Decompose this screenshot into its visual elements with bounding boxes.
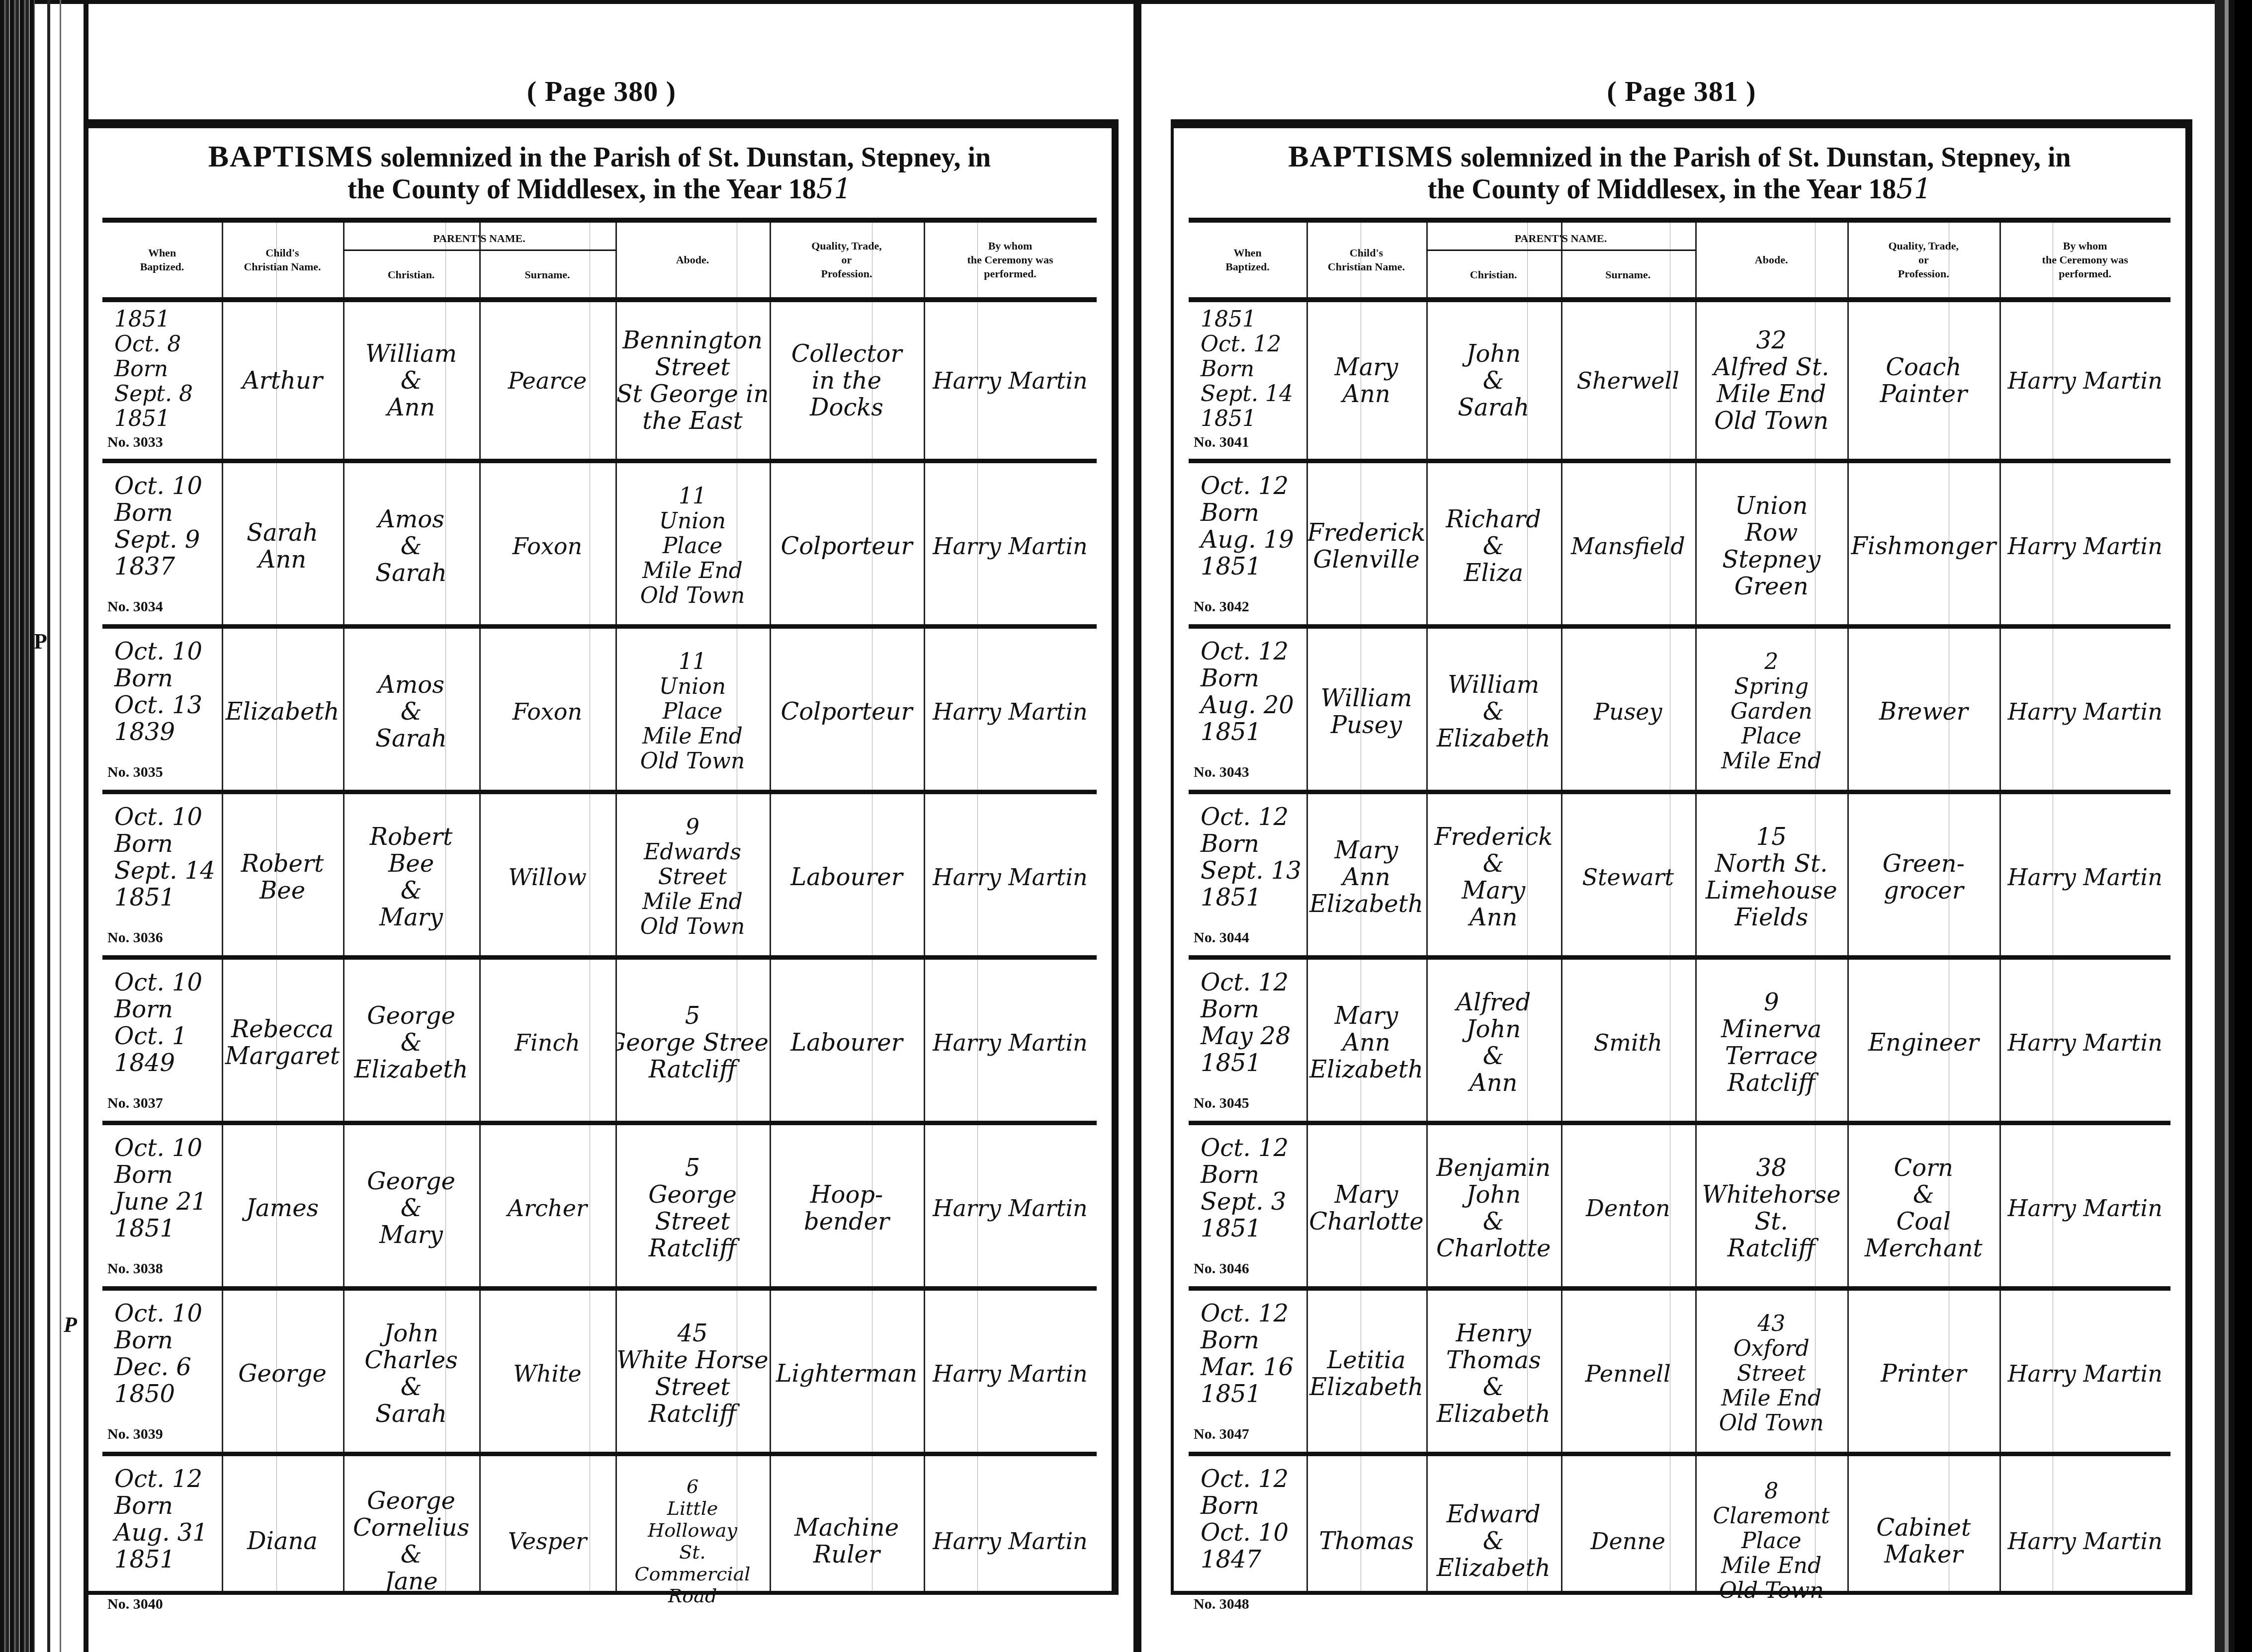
- register-page-left: ( Page 380 ) BAPTISMS solemnized in the …: [85, 0, 1119, 1652]
- handwritten-line: Edwards: [644, 840, 741, 865]
- handwritten-line: Ann: [387, 394, 435, 421]
- handwritten-line: Jane: [384, 1568, 437, 1595]
- header-text: When: [102, 246, 222, 260]
- handwritten-line: 5: [685, 1155, 700, 1181]
- handwritten-line: Docks: [810, 394, 883, 421]
- handwritten-line: 1851: [1201, 553, 1261, 580]
- child-christian-name: Diana: [222, 1461, 343, 1622]
- handwritten-line: Place: [663, 699, 723, 724]
- parents-surname: Foxon: [479, 633, 615, 790]
- by-whom-performed: Harry Martin: [924, 302, 1097, 459]
- handwritten-line: &: [401, 1195, 422, 1222]
- register-entry-row: Oct. 10BornSept. 141851No. 3036RobertBee…: [102, 799, 1097, 960]
- handwritten-line: Printer: [1881, 1360, 1966, 1387]
- handwritten-line: Born: [114, 1327, 173, 1354]
- handwritten-line: Born: [114, 1492, 173, 1519]
- handwritten-line: Ann: [1342, 381, 1390, 408]
- parents-surname: Denton: [1561, 1130, 1696, 1286]
- abode: 5GeorgeStreetRatcliff: [615, 1130, 770, 1286]
- entry-number: No. 3033: [107, 430, 163, 455]
- handwritten-line: Mile End: [1721, 1386, 1821, 1411]
- quality-trade-profession: Labourer: [770, 964, 924, 1121]
- by-whom-performed: Harry Martin: [1999, 799, 2170, 955]
- handwritten-line: Old Town: [640, 583, 745, 608]
- handwritten-line: Oct. 10: [114, 969, 202, 996]
- handwritten-line: Sarah: [375, 725, 447, 752]
- parents-christian: George&Mary: [343, 1130, 479, 1286]
- handwritten-line: Sarah: [247, 519, 318, 546]
- register-entry-row: Oct. 10BornJune 211851No. 3038JamesGeorg…: [102, 1130, 1097, 1291]
- handwritten-line: the East: [642, 408, 742, 434]
- handwritten-line: &: [401, 698, 422, 725]
- header-rule: [102, 218, 1097, 223]
- when-baptized: Oct. 10BornJune 211851No. 3038: [102, 1130, 222, 1286]
- handwritten-line: 9: [686, 815, 699, 840]
- handwritten-line: Born: [114, 499, 173, 526]
- header-quality-trade: Quality, Trade,orProfession.: [1847, 223, 1999, 297]
- register-entry-row: 1851Oct. 8BornSept. 81851No. 3033ArthurW…: [102, 302, 1097, 463]
- register-entry-row: Oct. 10BornOct. 11849No. 3037RebeccaMarg…: [102, 964, 1097, 1125]
- handwritten-line: &: [1483, 533, 1504, 560]
- abode: 6LittleHollowaySt.CommercialRoad: [615, 1461, 770, 1622]
- register-entry-row: Oct. 12BornAug. 311851No. 3040DianaGeorg…: [102, 1461, 1097, 1622]
- handwritten-line: Aug. 20: [1201, 692, 1294, 719]
- handwritten-line: 1851: [1201, 719, 1261, 745]
- header-abode: Abode.: [1695, 223, 1847, 297]
- header-text: Profession.: [1847, 267, 1999, 281]
- handwritten-line: Oxford: [1733, 1336, 1810, 1361]
- when-baptized: Oct. 10BornOct. 11849No. 3037: [102, 964, 222, 1121]
- parents-christian: AlfredJohn&Ann: [1426, 964, 1561, 1121]
- handwritten-line: George Street: [615, 1029, 770, 1056]
- header-text: Child's: [1306, 246, 1426, 260]
- abode: 5George StreetRatcliff: [615, 964, 770, 1121]
- handwritten-line: Road: [668, 1585, 717, 1607]
- entry-number: No. 3034: [107, 593, 163, 620]
- handwritten-line: Harry Martin: [2007, 862, 2162, 892]
- handwritten-line: 15: [1756, 824, 1787, 850]
- handwritten-line: Harry Martin: [933, 697, 1087, 727]
- handwritten-line: Sept. 8: [114, 382, 193, 407]
- handwritten-line: Mile End: [642, 559, 743, 583]
- handwritten-line: Harry Martin: [933, 1028, 1087, 1058]
- handwritten-line: Ann: [259, 546, 307, 573]
- handwritten-line: Harry Martin: [2007, 1193, 2162, 1223]
- handwritten-line: Charlotte: [1309, 1208, 1423, 1235]
- handwritten-line: Mar. 16: [1201, 1354, 1294, 1381]
- handwritten-line: Ann: [1470, 904, 1518, 931]
- parents-surname: Mansfield: [1561, 468, 1696, 624]
- handwritten-line: May 28: [1201, 1023, 1291, 1050]
- page-number: ( Page 381 ): [1171, 75, 2192, 108]
- register-entry-row: Oct. 12BornMar. 161851No. 3047LetitiaEli…: [1189, 1295, 2170, 1456]
- handwritten-line: Old Town: [1719, 1578, 1824, 1603]
- by-whom-performed: Harry Martin: [1999, 964, 2170, 1121]
- handwritten-line: Born: [1201, 1492, 1259, 1519]
- handwritten-line: &: [401, 1374, 422, 1401]
- edge-mark: P: [34, 629, 47, 654]
- entry-number: No. 3044: [1194, 924, 1249, 951]
- handwritten-line: Claremont: [1713, 1504, 1830, 1529]
- child-christian-name: Elizabeth: [222, 633, 343, 790]
- handwritten-line: Diana: [247, 1528, 318, 1555]
- child-christian-name: George: [222, 1295, 343, 1452]
- abode: 15North St.LimehouseFields: [1695, 799, 1847, 955]
- handwritten-line: Edward: [1447, 1501, 1541, 1528]
- handwritten-line: Denton: [1586, 1193, 1670, 1223]
- handwritten-line: 1851: [114, 307, 170, 332]
- handwritten-line: 32: [1756, 327, 1787, 354]
- handwritten-line: Benjamin: [1436, 1155, 1551, 1181]
- handwritten-line: Union: [659, 674, 726, 699]
- by-whom-performed: Harry Martin: [1999, 302, 2170, 459]
- header-text: Profession.: [770, 267, 924, 281]
- handwritten-line: Union: [1735, 493, 1808, 519]
- abode: 8ClaremontPlaceMile EndOld Town: [1695, 1461, 1847, 1622]
- handwritten-line: &: [401, 367, 422, 394]
- header-text: Christian Name.: [1306, 260, 1426, 274]
- handwritten-line: Oct. 12: [1201, 1135, 1289, 1161]
- handwritten-line: Collector: [791, 340, 902, 367]
- handwritten-line: John: [1466, 340, 1521, 367]
- header-parents-christian: Christian.: [343, 223, 479, 297]
- child-christian-name: RebeccaMargaret: [222, 964, 343, 1121]
- parents-christian: RobertBee&Mary: [343, 799, 479, 955]
- handwritten-line: 8: [1764, 1479, 1778, 1504]
- header-by-whom: By whomthe Ceremony wasperformed.: [1999, 223, 2170, 297]
- parents-christian: William&Elizabeth: [1426, 633, 1561, 790]
- register-entry-row: Oct. 10BornOct. 131839No. 3035ElizabethA…: [102, 633, 1097, 794]
- handwritten-line: Oct. 10: [114, 1300, 202, 1327]
- handwritten-line: Harry Martin: [2007, 697, 2162, 727]
- handwritten-line: Mile End: [642, 724, 743, 749]
- when-baptized: Oct. 10BornSept. 141851No. 3036: [102, 799, 222, 955]
- parents-christian: William&Ann: [343, 302, 479, 459]
- handwritten-line: Oct. 10: [1201, 1519, 1289, 1546]
- entry-number: No. 3037: [107, 1090, 163, 1117]
- handwritten-line: Cornelius: [353, 1514, 469, 1541]
- handwritten-line: George: [238, 1360, 327, 1387]
- handwritten-line: Stepney: [1722, 546, 1820, 573]
- handwritten-line: Stewart: [1582, 862, 1674, 892]
- handwritten-line: Born: [114, 1161, 173, 1188]
- handwritten-line: Painter: [1880, 381, 1967, 408]
- quality-trade-profession: CabinetMaker: [1847, 1461, 1999, 1622]
- handwritten-line: Alfred St.: [1714, 354, 1829, 381]
- when-baptized: Oct. 12BornAug. 201851No. 3043: [1189, 633, 1306, 790]
- abode: 38WhitehorseSt.Ratcliff: [1695, 1130, 1847, 1286]
- handwritten-line: Elizabeth: [226, 698, 340, 725]
- handwritten-line: Limehouse: [1706, 877, 1837, 904]
- by-whom-performed: Harry Martin: [924, 468, 1097, 624]
- abode: 43OxfordStreetMile EndOld Town: [1695, 1295, 1847, 1452]
- header-text: Christian Name.: [222, 260, 343, 274]
- handwritten-line: Lighterman: [776, 1360, 918, 1387]
- handwritten-line: Elizabeth: [1309, 891, 1423, 917]
- handwritten-line: Rebecca: [231, 1016, 334, 1043]
- handwritten-line: 9: [1764, 989, 1779, 1016]
- handwritten-line: 43: [1757, 1312, 1785, 1336]
- handwritten-line: John: [1466, 1016, 1521, 1043]
- by-whom-performed: Harry Martin: [924, 1130, 1097, 1286]
- parents-christian: Amos&Sarah: [343, 633, 479, 790]
- handwritten-line: Sherwell: [1577, 366, 1679, 396]
- handwritten-line: Elizabeth: [1437, 1555, 1551, 1581]
- handwritten-line: Mary: [379, 904, 443, 931]
- handwritten-line: Sept. 14: [114, 857, 215, 884]
- header-text: the Ceremony was: [1999, 253, 2170, 267]
- handwritten-line: Thomas: [1446, 1347, 1541, 1374]
- handwritten-line: Coal: [1896, 1208, 1951, 1235]
- register-title: BAPTISMS solemnized in the Parish of St.…: [87, 141, 1112, 205]
- book-binding-left: [0, 0, 35, 1652]
- when-baptized: Oct. 10BornOct. 131839No. 3035: [102, 633, 222, 790]
- quality-trade-profession: Green-grocer: [1847, 799, 1999, 955]
- header-text: Quality, Trade,: [1847, 239, 1999, 253]
- handwritten-line: Oct. 10: [114, 804, 202, 830]
- handwritten-line: in the: [812, 367, 881, 394]
- handwritten-line: Sept. 9: [114, 526, 200, 553]
- handwritten-line: 1851: [114, 407, 170, 431]
- parents-christian: BenjaminJohn&Charlotte: [1426, 1130, 1561, 1286]
- handwritten-line: Elizabeth: [354, 1056, 468, 1083]
- handwritten-line: Mary: [1335, 354, 1398, 381]
- register-frame: BAPTISMS solemnized in the Parish of St.…: [85, 119, 1119, 1595]
- handwritten-line: Born: [1201, 996, 1259, 1023]
- register-entry-row: Oct. 10BornDec. 61850No. 3039GeorgeJohnC…: [102, 1295, 1097, 1456]
- header-text: Quality, Trade,: [770, 239, 924, 253]
- handwritten-line: &: [1483, 1374, 1504, 1401]
- handwritten-line: Ratcliff: [1728, 1235, 1816, 1262]
- handwritten-line: 1850: [114, 1381, 175, 1407]
- quality-trade-profession: Brewer: [1847, 633, 1999, 790]
- abode: BenningtonStreetSt George inthe East: [615, 302, 770, 459]
- handwritten-line: Sarah: [375, 1401, 447, 1427]
- handwritten-line: Little: [667, 1497, 718, 1519]
- header-parents-surname: Surname.: [479, 223, 615, 297]
- handwritten-line: Willow: [508, 862, 587, 892]
- handwritten-line: William: [365, 340, 457, 367]
- handwritten-line: James: [246, 1195, 319, 1222]
- handwritten-line: Mile End: [1721, 749, 1821, 774]
- handwritten-line: Harry Martin: [933, 366, 1087, 396]
- title-baptisms: BAPTISMS: [1288, 140, 1454, 173]
- quality-trade-profession: Corn&CoalMerchant: [1847, 1130, 1999, 1286]
- by-whom-performed: Harry Martin: [1999, 1130, 2170, 1286]
- handwritten-line: George: [367, 1168, 455, 1195]
- quality-trade-profession: Engineer: [1847, 964, 1999, 1121]
- handwritten-line: bender: [804, 1208, 889, 1235]
- handwritten-line: Sept. 3: [1201, 1188, 1286, 1215]
- abode: 9EdwardsStreetMile EndOld Town: [615, 799, 770, 955]
- handwritten-line: 1851: [1201, 407, 1256, 431]
- handwritten-line: Born: [114, 830, 173, 857]
- header-rule: [102, 297, 1097, 302]
- handwritten-line: Thomas: [1319, 1528, 1414, 1555]
- parents-christian: HenryThomas&Elizabeth: [1426, 1295, 1561, 1452]
- register-entry-row: Oct. 12BornSept. 31851No. 3046MaryCharlo…: [1189, 1130, 2170, 1291]
- header-text: Surname.: [479, 268, 615, 282]
- handwritten-line: 1851: [1201, 1050, 1261, 1076]
- handwritten-line: Mary: [1462, 877, 1525, 904]
- parents-surname: Stewart: [1561, 799, 1696, 955]
- handwritten-line: 11: [679, 650, 706, 674]
- by-whom-performed: Harry Martin: [924, 964, 1097, 1121]
- handwritten-line: Smith: [1594, 1028, 1662, 1058]
- entry-number: No. 3048: [1194, 1591, 1249, 1618]
- by-whom-performed: Harry Martin: [1999, 633, 2170, 790]
- header-text: performed.: [924, 267, 1097, 281]
- handwritten-line: &: [401, 1541, 422, 1568]
- handwritten-line: Born: [1201, 499, 1259, 526]
- handwritten-line: Born: [1201, 830, 1259, 857]
- handwritten-line: Mile End: [1717, 381, 1826, 408]
- handwritten-line: Engineer: [1868, 1029, 1979, 1056]
- handwritten-line: Colporteur: [780, 533, 912, 560]
- handwritten-line: John: [384, 1320, 438, 1347]
- handwritten-line: St.: [679, 1541, 705, 1563]
- when-baptized: Oct. 10BornDec. 61850No. 3039: [102, 1295, 222, 1452]
- book-gutter: [1133, 0, 1141, 1652]
- handwritten-line: Old Town: [1714, 408, 1828, 434]
- header-text: or: [770, 253, 924, 267]
- handwritten-line: Oct. 8: [114, 332, 181, 357]
- handwritten-line: 1837: [114, 553, 175, 580]
- handwritten-line: Elizabeth: [1309, 1374, 1423, 1401]
- handwritten-line: Oct. 10: [114, 1135, 202, 1161]
- handwritten-line: &: [401, 877, 422, 904]
- abode: 11UnionPlaceMile EndOld Town: [615, 468, 770, 624]
- handwritten-line: Denne: [1591, 1526, 1666, 1556]
- handwritten-line: St.: [1754, 1208, 1788, 1235]
- handwritten-line: William: [1448, 671, 1539, 698]
- header-text: By whom: [924, 239, 1097, 253]
- handwritten-line: Ratcliff: [649, 1401, 737, 1427]
- parents-christian: GeorgeCornelius&Jane: [343, 1461, 479, 1622]
- parents-surname: Denne: [1561, 1461, 1696, 1622]
- register-entry-row: 1851Oct. 12BornSept. 141851No. 3041MaryA…: [1189, 302, 2170, 463]
- handwritten-line: 1847: [1201, 1546, 1261, 1573]
- handwritten-line: Whitehorse: [1702, 1181, 1841, 1208]
- entry-number: No. 3039: [107, 1421, 163, 1448]
- child-christian-name: SarahAnn: [222, 468, 343, 624]
- handwritten-line: &: [401, 1029, 422, 1056]
- handwritten-line: Born: [114, 996, 173, 1023]
- by-whom-performed: Harry Martin: [924, 1295, 1097, 1452]
- parents-christian: Amos&Sarah: [343, 468, 479, 624]
- handwritten-line: Elizabeth: [1309, 1056, 1423, 1083]
- handwritten-line: Minerva: [1721, 1016, 1822, 1043]
- header-text: Abode.: [1695, 253, 1847, 267]
- parents-christian: Edward&Elizabeth: [1426, 1461, 1561, 1622]
- handwritten-line: Harry Martin: [2007, 1359, 2162, 1389]
- quality-trade-profession: Colporteur: [770, 468, 924, 624]
- handwritten-line: Row: [1745, 519, 1798, 546]
- handwritten-line: 1851: [114, 1546, 175, 1573]
- handwritten-line: 5: [685, 1002, 700, 1029]
- handwritten-line: Garden: [1731, 699, 1813, 724]
- handwritten-line: Labourer: [790, 1029, 902, 1056]
- quality-trade-profession: Labourer: [770, 799, 924, 955]
- by-whom-performed: Harry Martin: [924, 1461, 1097, 1622]
- handwritten-line: Street: [658, 865, 727, 890]
- entry-number: No. 3042: [1194, 593, 1249, 620]
- entry-number: No. 3046: [1194, 1255, 1249, 1282]
- handwritten-line: Oct. 12: [1201, 1300, 1289, 1327]
- header-when-baptized: WhenBaptized.: [1189, 223, 1306, 297]
- handwritten-line: Born: [1201, 1161, 1259, 1188]
- handwritten-line: Terrace: [1725, 1043, 1818, 1070]
- handwritten-line: Margaret: [225, 1043, 340, 1070]
- handwritten-line: Henry: [1456, 1320, 1531, 1347]
- handwritten-line: Oct. 12: [1201, 332, 1281, 357]
- handwritten-line: Born: [114, 665, 173, 692]
- handwritten-line: Born: [1201, 357, 1254, 382]
- handwritten-line: John: [1466, 1181, 1521, 1208]
- register-entry-row: Oct. 12BornSept. 131851No. 3044MaryAnnEl…: [1189, 799, 2170, 960]
- entry-number: No. 3043: [1194, 759, 1249, 786]
- parents-surname: Smith: [1561, 964, 1696, 1121]
- entry-number: No. 3045: [1194, 1090, 1249, 1117]
- when-baptized: Oct. 12BornAug. 311851No. 3040: [102, 1461, 222, 1622]
- handwritten-line: Ratcliff: [649, 1235, 737, 1262]
- by-whom-performed: Harry Martin: [1999, 468, 2170, 624]
- handwritten-line: Cabinet: [1876, 1514, 1971, 1541]
- header-text: Baptized.: [102, 260, 222, 274]
- register-title: BAPTISMS solemnized in the Parish of St.…: [1174, 141, 2185, 205]
- handwritten-line: &: [1483, 367, 1504, 394]
- when-baptized: Oct. 12BornOct. 101847No. 3048: [1189, 1461, 1306, 1622]
- quality-trade-profession: Fishmonger: [1847, 468, 1999, 624]
- handwritten-line: Mile End: [1721, 1554, 1821, 1578]
- parents-surname: Finch: [479, 964, 615, 1121]
- handwritten-line: Elizabeth: [1437, 1401, 1551, 1427]
- abode: 2SpringGardenPlaceMile End: [1695, 633, 1847, 790]
- column-headers: WhenBaptized.Child'sChristian Name.Abode…: [102, 223, 1097, 297]
- when-baptized: 1851Oct. 8BornSept. 81851No. 3033: [102, 302, 222, 459]
- register-entry-row: Oct. 10BornSept. 91837No. 3034SarahAnnAm…: [102, 468, 1097, 629]
- handwritten-line: Harry Martin: [933, 1359, 1087, 1389]
- handwritten-line: 45: [677, 1320, 707, 1347]
- handwritten-line: Oct. 12: [1201, 969, 1289, 996]
- handwritten-line: Glenville: [1313, 546, 1420, 573]
- handwritten-line: George: [648, 1181, 737, 1208]
- handwritten-line: Holloway: [648, 1519, 737, 1541]
- parents-surname: Pearce: [479, 302, 615, 459]
- header-child-name: Child'sChristian Name.: [1306, 223, 1426, 297]
- entries: 1851Oct. 12BornSept. 141851No. 3041MaryA…: [1189, 302, 2170, 1591]
- handwritten-line: 11: [679, 484, 706, 509]
- handwritten-line: Ann: [1470, 1070, 1518, 1096]
- handwritten-line: 1849: [114, 1050, 175, 1076]
- handwritten-line: Oct. 12: [1201, 1466, 1289, 1492]
- handwritten-line: Ratcliff: [1728, 1070, 1816, 1096]
- handwritten-line: Pusey: [1594, 697, 1662, 727]
- handwritten-line: Green: [1734, 573, 1809, 600]
- handwritten-line: 1851: [114, 1215, 175, 1242]
- title-year: 51: [816, 173, 852, 205]
- handwritten-line: &: [1483, 1528, 1504, 1555]
- handwritten-line: Street: [1737, 1361, 1806, 1386]
- quality-trade-profession: CoachPainter: [1847, 302, 1999, 459]
- handwritten-line: &: [401, 533, 422, 560]
- handwritten-line: Charles: [364, 1347, 458, 1374]
- handwritten-line: Harry Martin: [2007, 1028, 2162, 1058]
- handwritten-line: Oct. 10: [114, 473, 202, 499]
- register-entry-row: Oct. 12BornAug. 201851No. 3043WilliamPus…: [1189, 633, 2170, 794]
- edge-mark: P: [64, 1312, 77, 1337]
- handwritten-line: Harry Martin: [2007, 531, 2162, 561]
